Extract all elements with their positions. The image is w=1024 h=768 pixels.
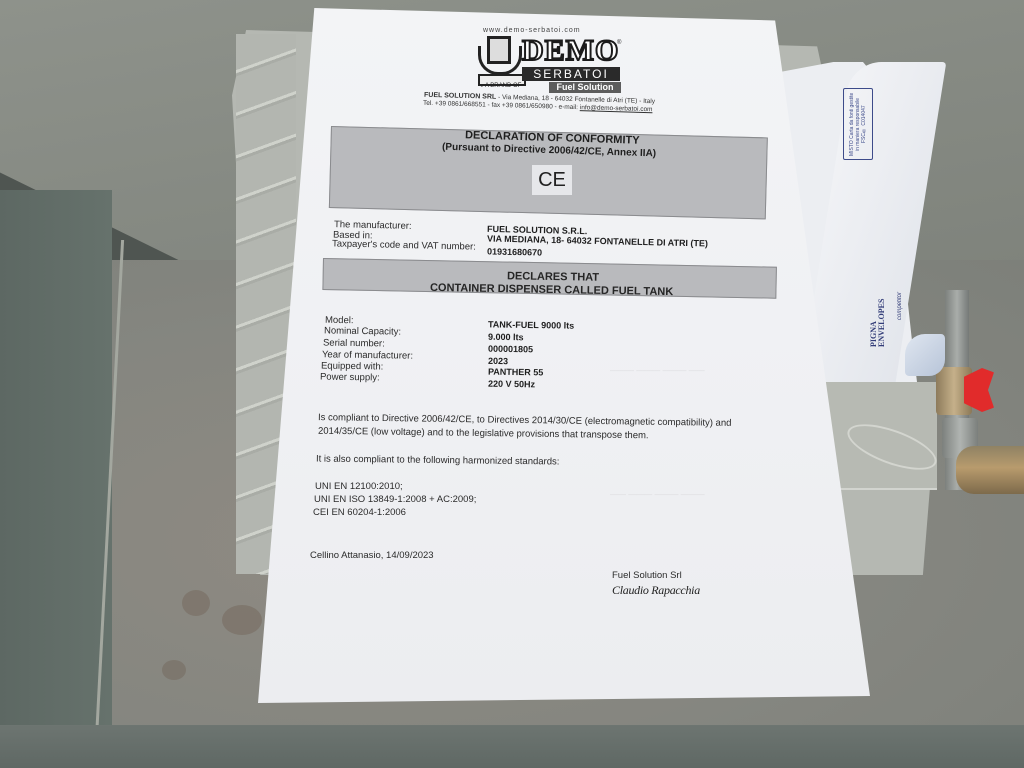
spec-label-serial: Serial number: [323,338,385,350]
standard-item: UNI EN ISO 13849-1:2008 + AC:2009; [314,494,476,505]
vat-label: Taxpayer's code and VAT number: [332,238,476,252]
email-link: info@demo-serbatoi.com [580,104,653,113]
logo-text: DEMO [522,34,619,68]
brand-name: Fuel Solution [549,82,621,93]
spec-value-power: 220 V 50Hz [488,379,535,390]
declares-heading: DECLARES THAT [507,270,599,284]
signatory-company: Fuel Solution Srl [612,570,682,581]
spec-value-year: 2023 [488,356,508,366]
standard-item: CEI EN 60204-1:2006 [313,507,406,518]
spec-label-power: Power supply: [320,372,380,384]
spec-value-model: TANK-FUEL 9000 lts [488,319,574,330]
registered-mark: ® [617,40,621,46]
logo-subtext: SERBATOI [522,67,620,81]
standard-item: UNI EN 12100:2010; [315,481,403,492]
compliance-line-2: 2014/35/CE (low voltage) and to the legi… [318,426,649,442]
standards-intro: It is also compliant to the following ha… [316,454,560,468]
spec-value-serial: 000001805 [488,344,533,355]
demo-logo-icon [478,36,520,82]
spec-value-capacity: 9.000 lts [488,332,524,343]
website: www.demo-serbatoi.com [483,27,581,34]
vat-value: 01931680670 [487,246,542,257]
ce-mark-icon: CE [532,165,572,195]
place-and-date: Cellino Attanasio, 14/09/2023 [310,550,434,561]
brand-of-label: ● A BRAND OF [480,83,521,89]
signature: Claudio Rapacchia [612,583,700,598]
spec-label-equipped: Equipped with: [321,361,383,373]
spec-label-capacity: Nominal Capacity: [324,325,401,337]
declaration-document: www.demo-serbatoi.com DEMO ® SERBATOI ● … [0,0,1024,768]
spec-value-equipped: PANTHER 55 [488,367,544,378]
